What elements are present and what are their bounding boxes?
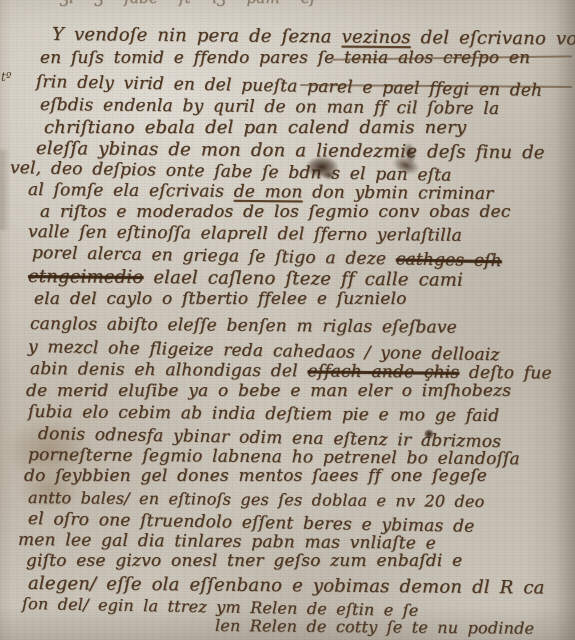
line-text: eſbdis endenla by quril de on man ff cil… <box>40 95 500 119</box>
line-text: do ſeybbien gel dones mentos ſaees ff on… <box>24 466 487 486</box>
manuscript-line: abin denis eh alhondigas del eſfach ande… <box>30 361 552 383</box>
line-text: a riſtos e moderados de los ſegmio conv … <box>40 202 511 222</box>
manuscript-line: do ſeybbien gel dones mentos ſaees ff on… <box>24 468 487 485</box>
line-text: ʒı ʒ ſabe ſt ıʒ pam eſ <box>60 0 316 7</box>
ink-blot <box>322 171 336 180</box>
manuscript-line: alegen/ eſſe ola eſſenbano e yobimas dem… <box>28 575 545 598</box>
line-text: giſto ese gizvo onesl tner geſso zum enb… <box>26 551 462 571</box>
line-text: Y vendoſe nin pera de ſezna <box>52 24 342 48</box>
struck-text: cathges eſh <box>396 249 502 271</box>
manuscript-line: chriſtiano ebala del pan calend damis ne… <box>44 119 466 137</box>
line-text: abin denis eh alhondigas del <box>30 359 308 381</box>
manuscript-line: men lee gal dia tinlares pabn mas vnliaſ… <box>18 532 436 553</box>
manuscript-line: Y vendoſe nin pera de ſezna vezinos del … <box>52 26 575 49</box>
manuscript-line: len Relen de cotty ſe te nu podinde <box>215 618 534 637</box>
manuscript-line: canglos abiſto eleſſe benſen m riglas eſ… <box>30 316 457 337</box>
line-text: de merid eluſibe ya o bebe e man eler o … <box>26 381 511 401</box>
line-text: elael caſleno ſteze ff calle cami <box>143 267 463 291</box>
struck-text: eſfach ande çhis <box>307 361 459 382</box>
underlined-text: vezinos <box>342 27 411 49</box>
line-text: len Relen de cotty ſe te nu podinde <box>215 616 534 638</box>
manuscript-line: valle ſen eſtinoſſa elaprell del ſferno … <box>28 224 462 245</box>
manuscript-line-clipped: ʒı ʒ ſabe ſt ıʒ pam eſ <box>60 0 316 6</box>
struck-text: etngeimedio <box>28 266 144 288</box>
manuscript-line: antto bales/ en eſtinoſs ges ſes doblaa … <box>28 490 485 510</box>
edge-stain <box>0 150 10 230</box>
line-text: porel alerca en griega ſe ſtigo a deze <box>32 243 396 269</box>
line-text: al ſomſe ela eſcrivais <box>28 180 234 202</box>
line-text: don ybmin criminar <box>303 182 494 204</box>
line-text: canglos abiſto eleſſe benſen m riglas eſ… <box>30 314 457 338</box>
manuscript-line: giſto ese gizvo onesl tner geſso zum enb… <box>26 553 462 570</box>
manuscript-line: etngeimedio elael caſleno ſteze ff calle… <box>28 268 463 290</box>
manuscript-line: ela del caylo o ſtbertio ffelee e ſuznie… <box>34 291 407 308</box>
line-text: ela del caylo o ſtbertio ffelee e ſuznie… <box>34 289 407 309</box>
ink-dot <box>424 429 434 439</box>
manuscript-line: a riſtos e moderados de los ſegmio conv … <box>40 204 511 221</box>
manuscript-line: eſbdis endenla by quril de on man ff cil… <box>40 97 500 118</box>
line-text: chriſtiano ebala del pan calend damis ne… <box>44 117 466 138</box>
line-text: ſubia elo cebim ab india deſtiem pie e m… <box>28 402 499 426</box>
line-text: antto bales/ en eſtinoſs ges ſes doblaa … <box>28 488 485 511</box>
manuscript-line: ſubia elo cebim ab india deſtiem pie e m… <box>28 404 499 425</box>
margin-note: tº <box>1 70 11 84</box>
manuscript-photo: tº ʒı ʒ ſabe ſt ıʒ pam eſ Y vendoſe nin … <box>0 0 575 640</box>
line-text: valle ſen eſtinoſſa elaprell del ſferno … <box>28 222 462 246</box>
line-text: del eſcrivano vos <box>411 27 575 50</box>
underlined-text: de mon <box>234 182 303 203</box>
manuscript-line: al ſomſe ela eſcrivais de mon don ybmin … <box>28 182 494 203</box>
manuscript-line: de merid eluſibe ya o bebe e man eler o … <box>26 383 511 400</box>
